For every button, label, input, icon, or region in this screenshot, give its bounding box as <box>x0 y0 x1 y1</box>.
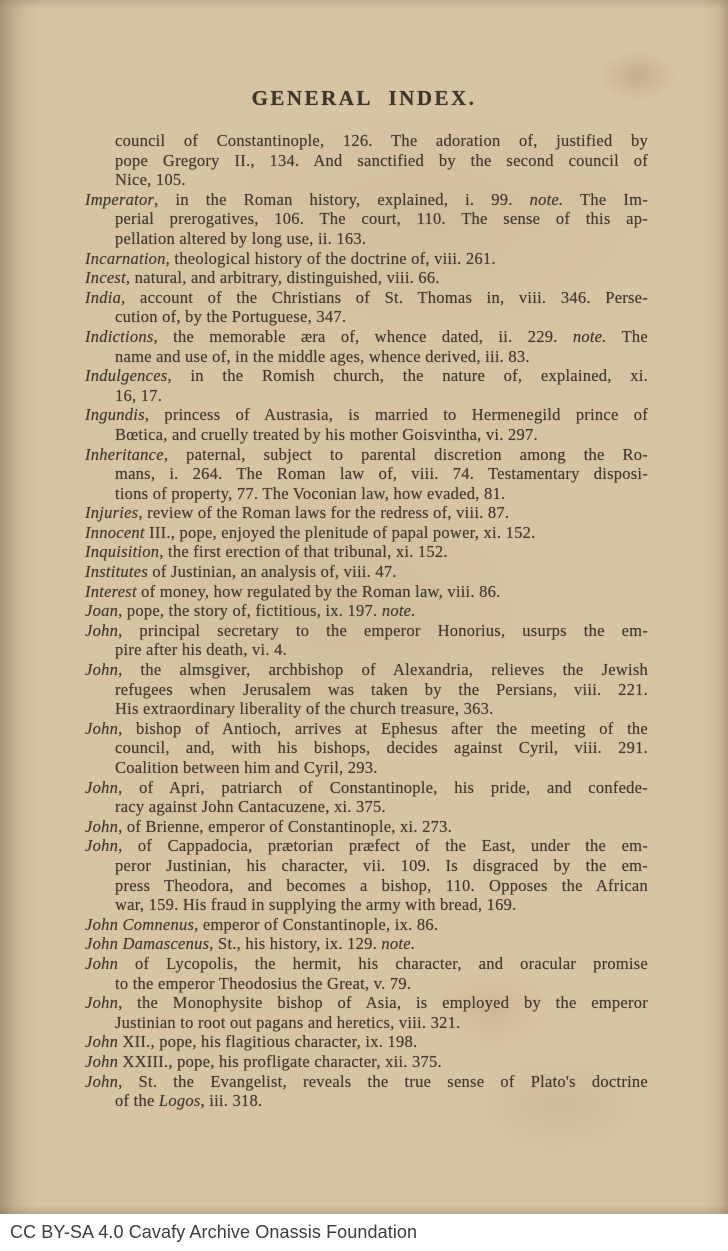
index-line: Inheritance, paternal, subject to parent… <box>85 445 648 465</box>
index-entry: Joan, pope, the story of, fictitious, ix… <box>85 601 648 621</box>
license-bar: CC BY-SA 4.0 Cavafy Archive Onassis Foun… <box>0 1214 728 1251</box>
index-line: council of Constantinople, 126. The ador… <box>115 131 648 151</box>
index-line: John Comnenus, emperor of Constantinople… <box>85 915 648 935</box>
index-line: Indictions, the memorable æra of, whence… <box>85 327 648 347</box>
index-line: tions of property, 77. The Voconian law,… <box>115 484 648 504</box>
index-line: John, bishop of Antioch, arrives at Ephe… <box>85 719 648 739</box>
index-line: Nice, 105. <box>115 170 648 190</box>
page-title: GENERAL INDEX. <box>0 86 728 110</box>
index-line: pire after his death, vi. 4. <box>115 640 648 660</box>
index-line: Joan, pope, the story of, fictitious, ix… <box>85 601 648 621</box>
index-entry: Institutes of Justinian, an analysis of,… <box>85 562 648 582</box>
index-line: council, and, with his bishops, decides … <box>115 738 648 758</box>
index-line: John, of Apri, patriarch of Constantinop… <box>85 778 648 798</box>
index-entry: John, of Cappadocia, prætorian præfect o… <box>85 836 648 914</box>
index-entry: John, the Monophysite bishop of Asia, is… <box>85 993 648 1032</box>
index-entry: Incest, natural, and arbitrary, distingu… <box>85 268 648 288</box>
index-entry: John XII., pope, his flagitious characte… <box>85 1032 648 1052</box>
index-line: India, account of the Christians of St. … <box>85 288 648 308</box>
index-entry: John, of Brienne, emperor of Constantino… <box>85 817 648 837</box>
index-entry: John, St. the Evangelist, reveals the tr… <box>85 1072 648 1111</box>
index-entry: John Comnenus, emperor of Constantinople… <box>85 915 648 935</box>
index-line: Injuries, review of the Roman laws for t… <box>85 503 648 523</box>
index-line: John XII., pope, his flagitious characte… <box>85 1032 648 1052</box>
index-entry: Imperator, in the Roman history, explain… <box>85 190 648 249</box>
index-line: Institutes of Justinian, an analysis of,… <box>85 562 648 582</box>
index-entry: John XXIII., pope, his profligate charac… <box>85 1052 648 1072</box>
license-attribution: CC BY-SA 4.0 Cavafy Archive Onassis Foun… <box>0 1222 417 1243</box>
index-line: press Theodora, and becomes a bishop, 11… <box>115 876 648 896</box>
index-line: of the Logos, iii. 318. <box>115 1091 648 1111</box>
index-line: John, St. the Evangelist, reveals the tr… <box>85 1072 648 1092</box>
index-entry: John of Lycopolis, the hermit, his chara… <box>85 954 648 993</box>
index-line: John, of Brienne, emperor of Constantino… <box>85 817 648 837</box>
index-entry: Indulgences, in the Romish church, the n… <box>85 366 648 405</box>
index-line: to the emperor Theodosius the Great, v. … <box>115 974 648 994</box>
index-entry: Incarnation, theological history of the … <box>85 249 648 269</box>
index-entry: John, bishop of Antioch, arrives at Ephe… <box>85 719 648 778</box>
index-line: Interest of money, how regulated by the … <box>85 582 648 602</box>
index-entry: Ingundis, princess of Austrasia, is marr… <box>85 405 648 444</box>
index-line: John of Lycopolis, the hermit, his chara… <box>85 954 648 974</box>
index-line: Bœtica, and cruelly treated by his mothe… <box>115 425 648 445</box>
index-line: Justinian to root out pagans and heretic… <box>115 1013 648 1033</box>
index-line: Ingundis, princess of Austrasia, is marr… <box>85 405 648 425</box>
index-entry: John Damascenus, St., his history, ix. 1… <box>85 934 648 954</box>
index-line: Imperator, in the Roman history, explain… <box>85 190 648 210</box>
index-line: 16, 17. <box>115 386 648 406</box>
index-entry: Indictions, the memorable æra of, whence… <box>85 327 648 366</box>
index-line: peror Justinian, his character, vii. 109… <box>115 856 648 876</box>
index-line: racy against John Cantacuzene, xi. 375. <box>115 797 648 817</box>
index-line: Incest, natural, and arbitrary, distingu… <box>85 268 648 288</box>
index-entry: Inquisition, the first erection of that … <box>85 542 648 562</box>
index-entry: Injuries, review of the Roman laws for t… <box>85 503 648 523</box>
index-entry: India, account of the Christians of St. … <box>85 288 648 327</box>
index-line: pope Gregory II., 134. And sanctified by… <box>115 151 648 171</box>
index-line: perial prerogatives, 106. The court, 110… <box>115 209 648 229</box>
index-line: Inquisition, the first erection of that … <box>85 542 648 562</box>
index-line: Indulgences, in the Romish church, the n… <box>85 366 648 386</box>
index-entry: council of Constantinople, 126. The ador… <box>85 131 648 190</box>
index-line: John, of Cappadocia, prætorian præfect o… <box>85 836 648 856</box>
index-entry: Inheritance, paternal, subject to parent… <box>85 445 648 504</box>
index-line: Incarnation, theological history of the … <box>85 249 648 269</box>
index-entries: council of Constantinople, 126. The ador… <box>85 131 648 1111</box>
index-entry: John, principal secretary to the emperor… <box>85 621 648 660</box>
index-line: refugees when Jerusalem was taken by the… <box>115 680 648 700</box>
index-line: Coalition between him and Cyril, 293. <box>115 758 648 778</box>
index-line: John, principal secretary to the emperor… <box>85 621 648 641</box>
index-line: John Damascenus, St., his history, ix. 1… <box>85 934 648 954</box>
index-entry: Interest of money, how regulated by the … <box>85 582 648 602</box>
index-line: Innocent III., pope, enjoyed the plenitu… <box>85 523 648 543</box>
book-page-scan: GENERAL INDEX. council of Constantinople… <box>0 0 728 1214</box>
index-line: John XXIII., pope, his profligate charac… <box>85 1052 648 1072</box>
index-line: John, the Monophysite bishop of Asia, is… <box>85 993 648 1013</box>
index-line: pellation altered by long use, ii. 163. <box>115 229 648 249</box>
index-entry: Innocent III., pope, enjoyed the plenitu… <box>85 523 648 543</box>
index-entry: John, the almsgiver, archbishop of Alexa… <box>85 660 648 719</box>
index-line: His extraordinary liberality of the chur… <box>115 699 648 719</box>
index-line: war, 159. His fraud in supplying the arm… <box>115 895 648 915</box>
index-entry: John, of Apri, patriarch of Constantinop… <box>85 778 648 817</box>
index-line: mans, i. 264. The Roman law of, viii. 74… <box>115 464 648 484</box>
index-line: John, the almsgiver, archbishop of Alexa… <box>85 660 648 680</box>
index-line: name and use of, in the middle ages, whe… <box>115 347 648 367</box>
index-line: cution of, by the Portuguese, 347. <box>115 307 648 327</box>
